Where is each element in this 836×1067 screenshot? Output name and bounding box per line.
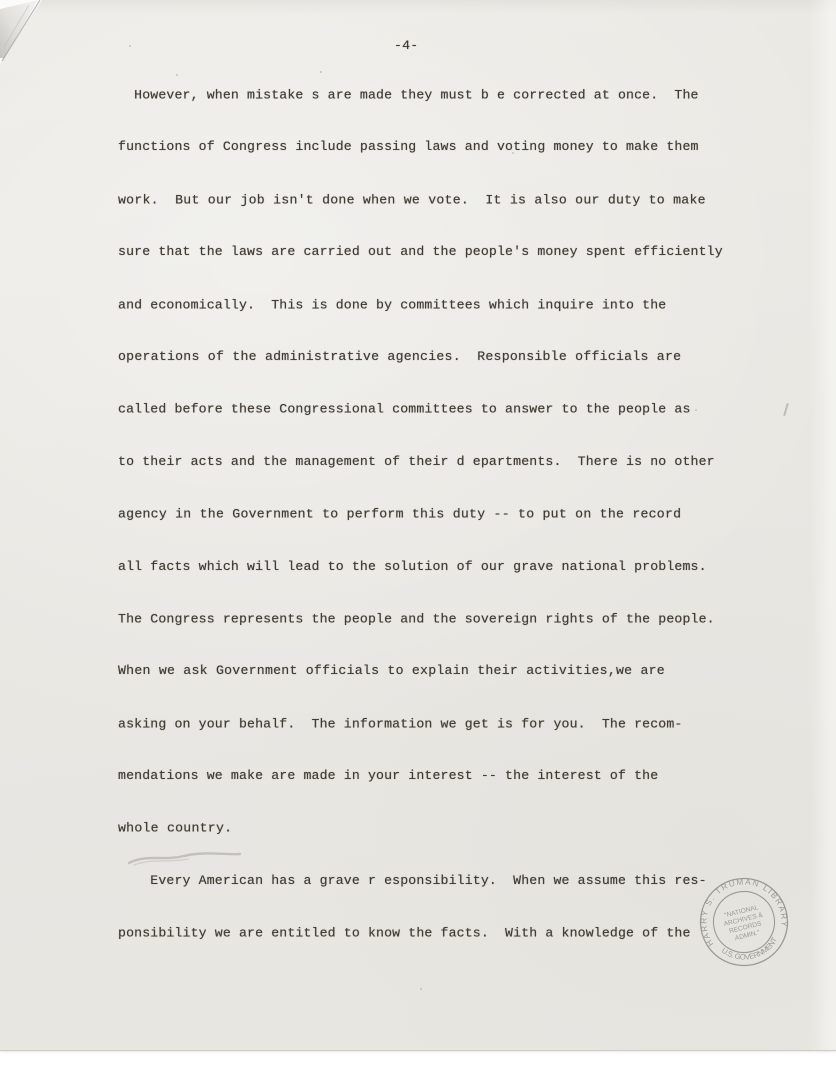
- page-number: -4-: [394, 38, 418, 53]
- text-line: operations of the administrative agencie…: [118, 344, 778, 396]
- paper-speck: [512, 152, 514, 154]
- paper-speck: [695, 409, 697, 411]
- paper-speck: [420, 988, 422, 990]
- text-line: and economically. This is done by commit…: [118, 292, 778, 344]
- typescript-body: However, when mistake s are made they mu…: [118, 82, 778, 973]
- truman-library-stamp: HARRY S. TRUMAN LIBRARY U.S. GOVERNMENT …: [697, 875, 791, 969]
- text-line: called before these Congressional commit…: [118, 397, 778, 449]
- scanned-document: -4- However, when mistake s are made the…: [0, 0, 836, 1067]
- text-line: to their acts and the management of thei…: [118, 449, 778, 501]
- text-line: The Congress represents the people and t…: [118, 606, 778, 658]
- paper-speck: [129, 45, 131, 47]
- text-line: sure that the laws are carried out and t…: [118, 239, 778, 291]
- text-line: agency in the Government to perform this…: [118, 502, 778, 554]
- corner-fold: [0, 0, 70, 90]
- paper-speck: [163, 516, 165, 518]
- paper-speck: [176, 74, 178, 76]
- text-line: ponsibility we are entitled to know the …: [118, 921, 778, 973]
- text-line: However, when mistake s are made they mu…: [118, 82, 778, 134]
- text-line: asking on your behalf. The information w…: [118, 711, 778, 763]
- text-line: mendations we make are made in your inte…: [118, 763, 778, 815]
- text-line: Every American has a grave r esponsibili…: [118, 868, 778, 920]
- text-line: all facts which will lead to the solutio…: [118, 554, 778, 606]
- paper-speck: [320, 71, 322, 73]
- pencil-smudge: [126, 848, 246, 870]
- text-line: functions of Congress include passing la…: [118, 134, 778, 186]
- text-line: When we ask Government officials to expl…: [118, 658, 778, 710]
- text-line: work. But our job isn't done when we vot…: [118, 187, 778, 239]
